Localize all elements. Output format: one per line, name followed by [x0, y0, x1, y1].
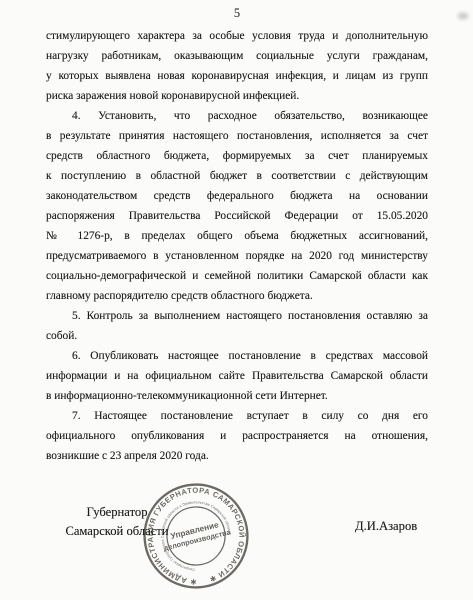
text-line: законодательством средств федерального б… — [46, 186, 428, 206]
scan-smudge — [455, 10, 471, 22]
text-line: социально-демографической и семейной пол… — [46, 266, 428, 286]
text-line: риска заражения новой коронавирусной инф… — [46, 86, 428, 106]
text-line: 4. Установить, что расходное обязательст… — [46, 106, 428, 126]
text-line: стимулирующего характера за особые услов… — [46, 26, 428, 46]
paragraph: стимулирующего характера за особые услов… — [46, 26, 428, 106]
official-stamp: ✱ АДМИНИСТРАЦИЯ ГУБЕРНАТОРА САМАРСКОЙ ОБ… — [134, 474, 258, 598]
text-line: главному распорядителю средств областног… — [46, 286, 428, 306]
text-line: официального опубликования и распростран… — [46, 426, 428, 446]
text-line: 5. Контроль за выполнением настоящего по… — [46, 306, 428, 326]
text-line: информации и на официальном сайте Правит… — [46, 366, 428, 386]
text-line: средств областного бюджета, формируемых … — [46, 146, 428, 166]
page-number: 5 — [46, 6, 428, 21]
text-line: № 1276-р, в пределах общего объема бюдже… — [46, 226, 428, 246]
text-line: нагрузку работникам, оказывающим социаль… — [46, 46, 428, 66]
paragraph: 4. Установить, что расходное обязательст… — [46, 106, 428, 306]
document-body: стимулирующего характера за особые услов… — [46, 26, 428, 466]
text-line: к поступлению в областной бюджет в соотв… — [46, 166, 428, 186]
document-page: 5 стимулирующего характера за особые усл… — [0, 0, 473, 600]
text-line: у которых выявлена новая коронавирусная … — [46, 66, 428, 86]
text-line: возникшие с 23 апреля 2020 года. — [46, 446, 428, 466]
paragraph: 5. Контроль за выполнением настоящего по… — [46, 306, 428, 346]
text-line: 7. Настоящее постановление вступает в си… — [46, 406, 428, 426]
paragraph: 7. Настоящее постановление вступает в си… — [46, 406, 428, 466]
text-line: в результате принятия настоящего постано… — [46, 126, 428, 146]
text-line: 6. Опубликовать настоящее постановление … — [46, 346, 428, 366]
paragraph: 6. Опубликовать настоящее постановление … — [46, 346, 428, 406]
text-line: в информационно-телекоммуникационной сет… — [46, 386, 428, 406]
text-line: распоряжения Правительства Российской Фе… — [46, 206, 428, 226]
text-line: предусматриваемого в установленном поряд… — [46, 246, 428, 266]
text-line: собой. — [46, 326, 428, 346]
signature-name: Д.И.Азаров — [355, 519, 417, 534]
